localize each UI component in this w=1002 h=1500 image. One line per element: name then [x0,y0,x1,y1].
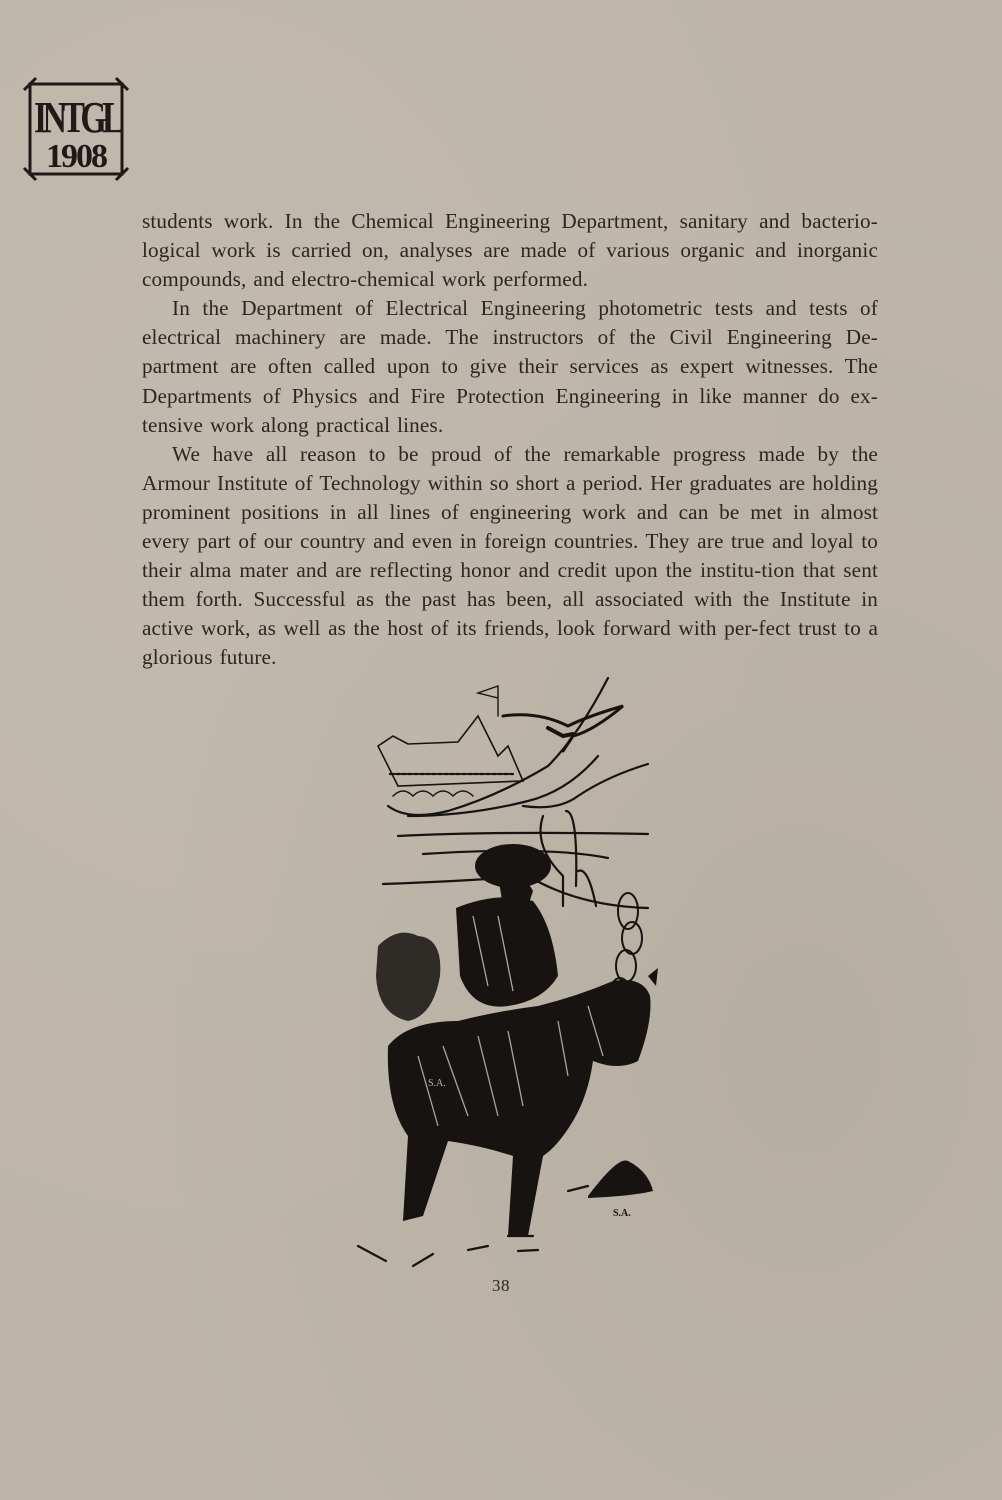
svg-text:S.A.: S.A. [613,1208,631,1219]
integral-1908-emblem-icon: INTGL 1908 [20,76,132,182]
svg-text:S.A.: S.A. [428,1078,446,1089]
paragraph-3: We have all reason to be proud of the re… [142,440,878,673]
article-body: students work. In the Chemical Engineeri… [142,207,878,673]
svg-text:1908: 1908 [46,138,107,175]
svg-text:INTGL: INTGL [34,93,124,142]
paragraph-1: students work. In the Chemical Engineeri… [142,207,878,294]
rider-on-mule-illustration: S.A. S.A. [348,676,668,1276]
page-number: 38 [0,1276,1002,1296]
paragraph-2: In the Department of Electrical Engineer… [142,294,878,439]
